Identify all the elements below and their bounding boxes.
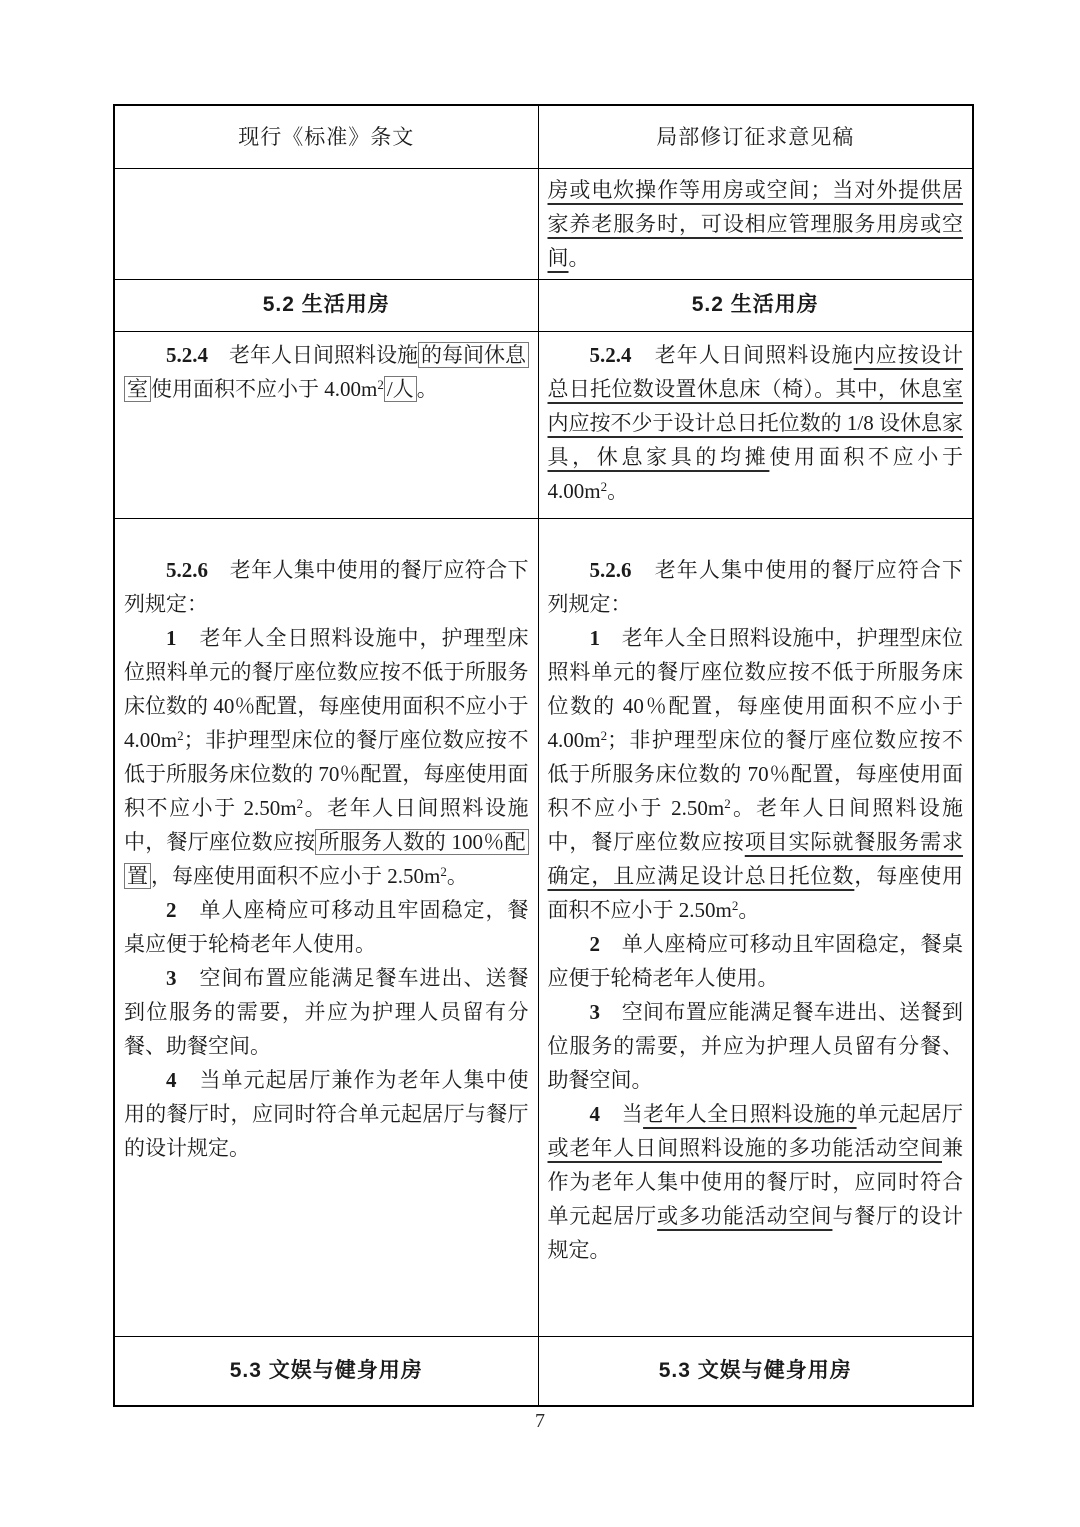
section-heading-52-current: 5.2 生活用房 <box>114 279 538 331</box>
section-53-row: 5.3 文娱与健身用房 5.3 文娱与健身用房 <box>114 1336 973 1406</box>
clause-526-current-intro: 5.2.6 老年人集中使用的餐厅应符合下列规定： <box>124 553 529 621</box>
text-segment: 空间布置应能满足餐车进出、送餐到位服务的需要，并应为护理人员留有分餐、助餐空间。 <box>124 966 529 1058</box>
text-segment: 4 <box>166 1068 177 1092</box>
cell-clause-526-revision: 5.2.6 老年人集中使用的餐厅应符合下列规定： 1 老年人全日照料设施中，护理… <box>538 518 973 1336</box>
column-header-revision-draft: 局部修订征求意见稿 <box>538 105 973 168</box>
text-segment: 3 <box>166 966 177 990</box>
text-segment: 单人座椅应可移动且牢固稳定，餐桌应便于轮椅老年人使用。 <box>548 932 964 990</box>
clause-526-revision-item-4: 4 当老年人全日照料设施的单元起居厅或老年人日间照料设施的多功能活动空间兼作为老… <box>548 1097 964 1267</box>
clause-526-revision-item-3: 3 空间布置应能满足餐车进出、送餐到位服务的需要，并应为护理人员留有分餐、助餐空… <box>548 995 964 1097</box>
text-segment: 5.2.4 <box>166 343 208 367</box>
text-segment: 老年人日间照料设施 <box>632 343 854 367</box>
text-segment: 2 <box>377 377 384 392</box>
section-52-row: 5.2 生活用房 5.2 生活用房 <box>114 279 973 331</box>
continuation-row: 房或电炊操作等用房或空间；当对外提供居家养老服务时，可设相应管理服务用房或空间。 <box>114 168 973 279</box>
inserted-text-mark: 或老年人日间照料设施的多功能活动空间 <box>548 1136 943 1160</box>
clause-526-current-item-4: 4 当单元起居厅兼作为老年人集中使用的餐厅时，应同时符合单元起居厅与餐厅的设计规… <box>124 1063 529 1165</box>
text-segment: 。 <box>447 864 468 888</box>
text-segment: 当单元起居厅兼作为老年人集中使用的餐厅时，应同时符合单元起居厅与餐厅的设计规定。 <box>124 1068 529 1160</box>
clause-526-revision-intro: 5.2.6 老年人集中使用的餐厅应符合下列规定： <box>548 553 964 621</box>
inserted-text-mark: 老年人全日照料设施的 <box>643 1102 857 1126</box>
cell-clause-524-revision: 5.2.4 老年人日间照料设施内应按设计总日托位数设置休息床（椅）。其中，休息室… <box>538 331 973 518</box>
text-segment: 。 <box>569 246 590 270</box>
clause-526-current-item-3: 3 空间布置应能满足餐车进出、送餐到位服务的需要，并应为护理人员留有分餐、助餐空… <box>124 961 529 1063</box>
cell-current-continuation-empty <box>114 168 538 279</box>
text-segment: ，每座使用面积不应小于 2.50m <box>151 864 440 888</box>
clause-524-current-paragraph: 5.2.4 老年人日间照料设施的每间休息室使用面积不应小于 4.00m2/人。 <box>124 338 529 406</box>
text-segment: 2 <box>166 898 177 922</box>
column-header-current-standard: 现行《标准》条文 <box>114 105 538 168</box>
text-segment: 3 <box>590 1000 601 1024</box>
cell-clause-524-current: 5.2.4 老年人日间照料设施的每间休息室使用面积不应小于 4.00m2/人。 <box>114 331 538 518</box>
clause-526-revision-item-1: 1 老年人全日照料设施中，护理型床位照料单元的餐厅座位数应按不低于所服务床位数的… <box>548 621 964 927</box>
text-segment: 2 <box>590 932 601 956</box>
text-segment: 。 <box>738 898 759 922</box>
text-segment: 。 <box>417 377 438 401</box>
text-segment: 空间布置应能满足餐车进出、送餐到位服务的需要，并应为护理人员留有分餐、助餐空间。 <box>548 1000 964 1092</box>
text-segment: 4 <box>590 1102 601 1126</box>
clause-526-revision-item-2: 2 单人座椅应可移动且牢固稳定，餐桌应便于轮椅老年人使用。 <box>548 927 964 995</box>
text-segment: 1 <box>590 626 601 650</box>
clause-524-row: 5.2.4 老年人日间照料设施的每间休息室使用面积不应小于 4.00m2/人。 … <box>114 331 973 518</box>
section-heading-52-revision: 5.2 生活用房 <box>538 279 973 331</box>
text-segment: 使用面积不应小于 4.00m <box>151 377 377 401</box>
table-header-row: 现行《标准》条文 局部修订征求意见稿 <box>114 105 973 168</box>
text-segment: 。 <box>607 479 628 503</box>
text-segment: 1 <box>166 626 177 650</box>
clause-526-row: 5.2.6 老年人集中使用的餐厅应符合下列规定： 1 老年人全日照料设施中，护理… <box>114 518 973 1336</box>
text-segment: 单元起居厅 <box>857 1102 963 1126</box>
cell-revision-continuation: 房或电炊操作等用房或空间；当对外提供居家养老服务时，可设相应管理服务用房或空间。 <box>538 168 973 279</box>
text-segment: 当 <box>600 1102 643 1126</box>
section-heading-53-current: 5.3 文娱与健身用房 <box>114 1336 538 1406</box>
clause-524-revision-paragraph: 5.2.4 老年人日间照料设施内应按设计总日托位数设置休息床（椅）。其中，休息室… <box>548 338 964 508</box>
text-segment: 5.2.6 <box>166 558 208 582</box>
cell-clause-526-current: 5.2.6 老年人集中使用的餐厅应符合下列规定： 1 老年人全日照料设施中，护理… <box>114 518 538 1336</box>
inserted-text-mark: 房或电炊操作等用房或空间；当对外提供居家养老服务时，可设相应管理服务用房或空间 <box>548 178 964 270</box>
revision-comparison-table: 现行《标准》条文 局部修订征求意见稿 房或电炊操作等用房或空间；当对外提供居家养… <box>113 104 974 1407</box>
deleted-text-mark: /人 <box>384 376 417 402</box>
section-heading-53-revision: 5.3 文娱与健身用房 <box>538 1336 973 1406</box>
document-page: 现行《标准》条文 局部修订征求意见稿 房或电炊操作等用房或空间；当对外提供居家养… <box>0 0 1080 1527</box>
clause-526-current-item-2: 2 单人座椅应可移动且牢固稳定，餐桌应便于轮椅老年人使用。 <box>124 893 529 961</box>
text-segment: 单人座椅应可移动且牢固稳定，餐桌应便于轮椅老年人使用。 <box>124 898 529 956</box>
page-number: 7 <box>0 1410 1080 1433</box>
revision-continuation-paragraph: 房或电炊操作等用房或空间；当对外提供居家养老服务时，可设相应管理服务用房或空间。 <box>548 173 964 275</box>
text-segment: 5.2.6 <box>590 558 632 582</box>
inserted-text-mark: 或多功能活动空间 <box>657 1204 832 1228</box>
clause-526-current-item-1: 1 老年人全日照料设施中，护理型床位照料单元的餐厅座位数应按不低于所服务床位数的… <box>124 621 529 893</box>
text-segment: 5.2.4 <box>590 343 632 367</box>
text-segment: 老年人日间照料设施 <box>208 343 418 367</box>
